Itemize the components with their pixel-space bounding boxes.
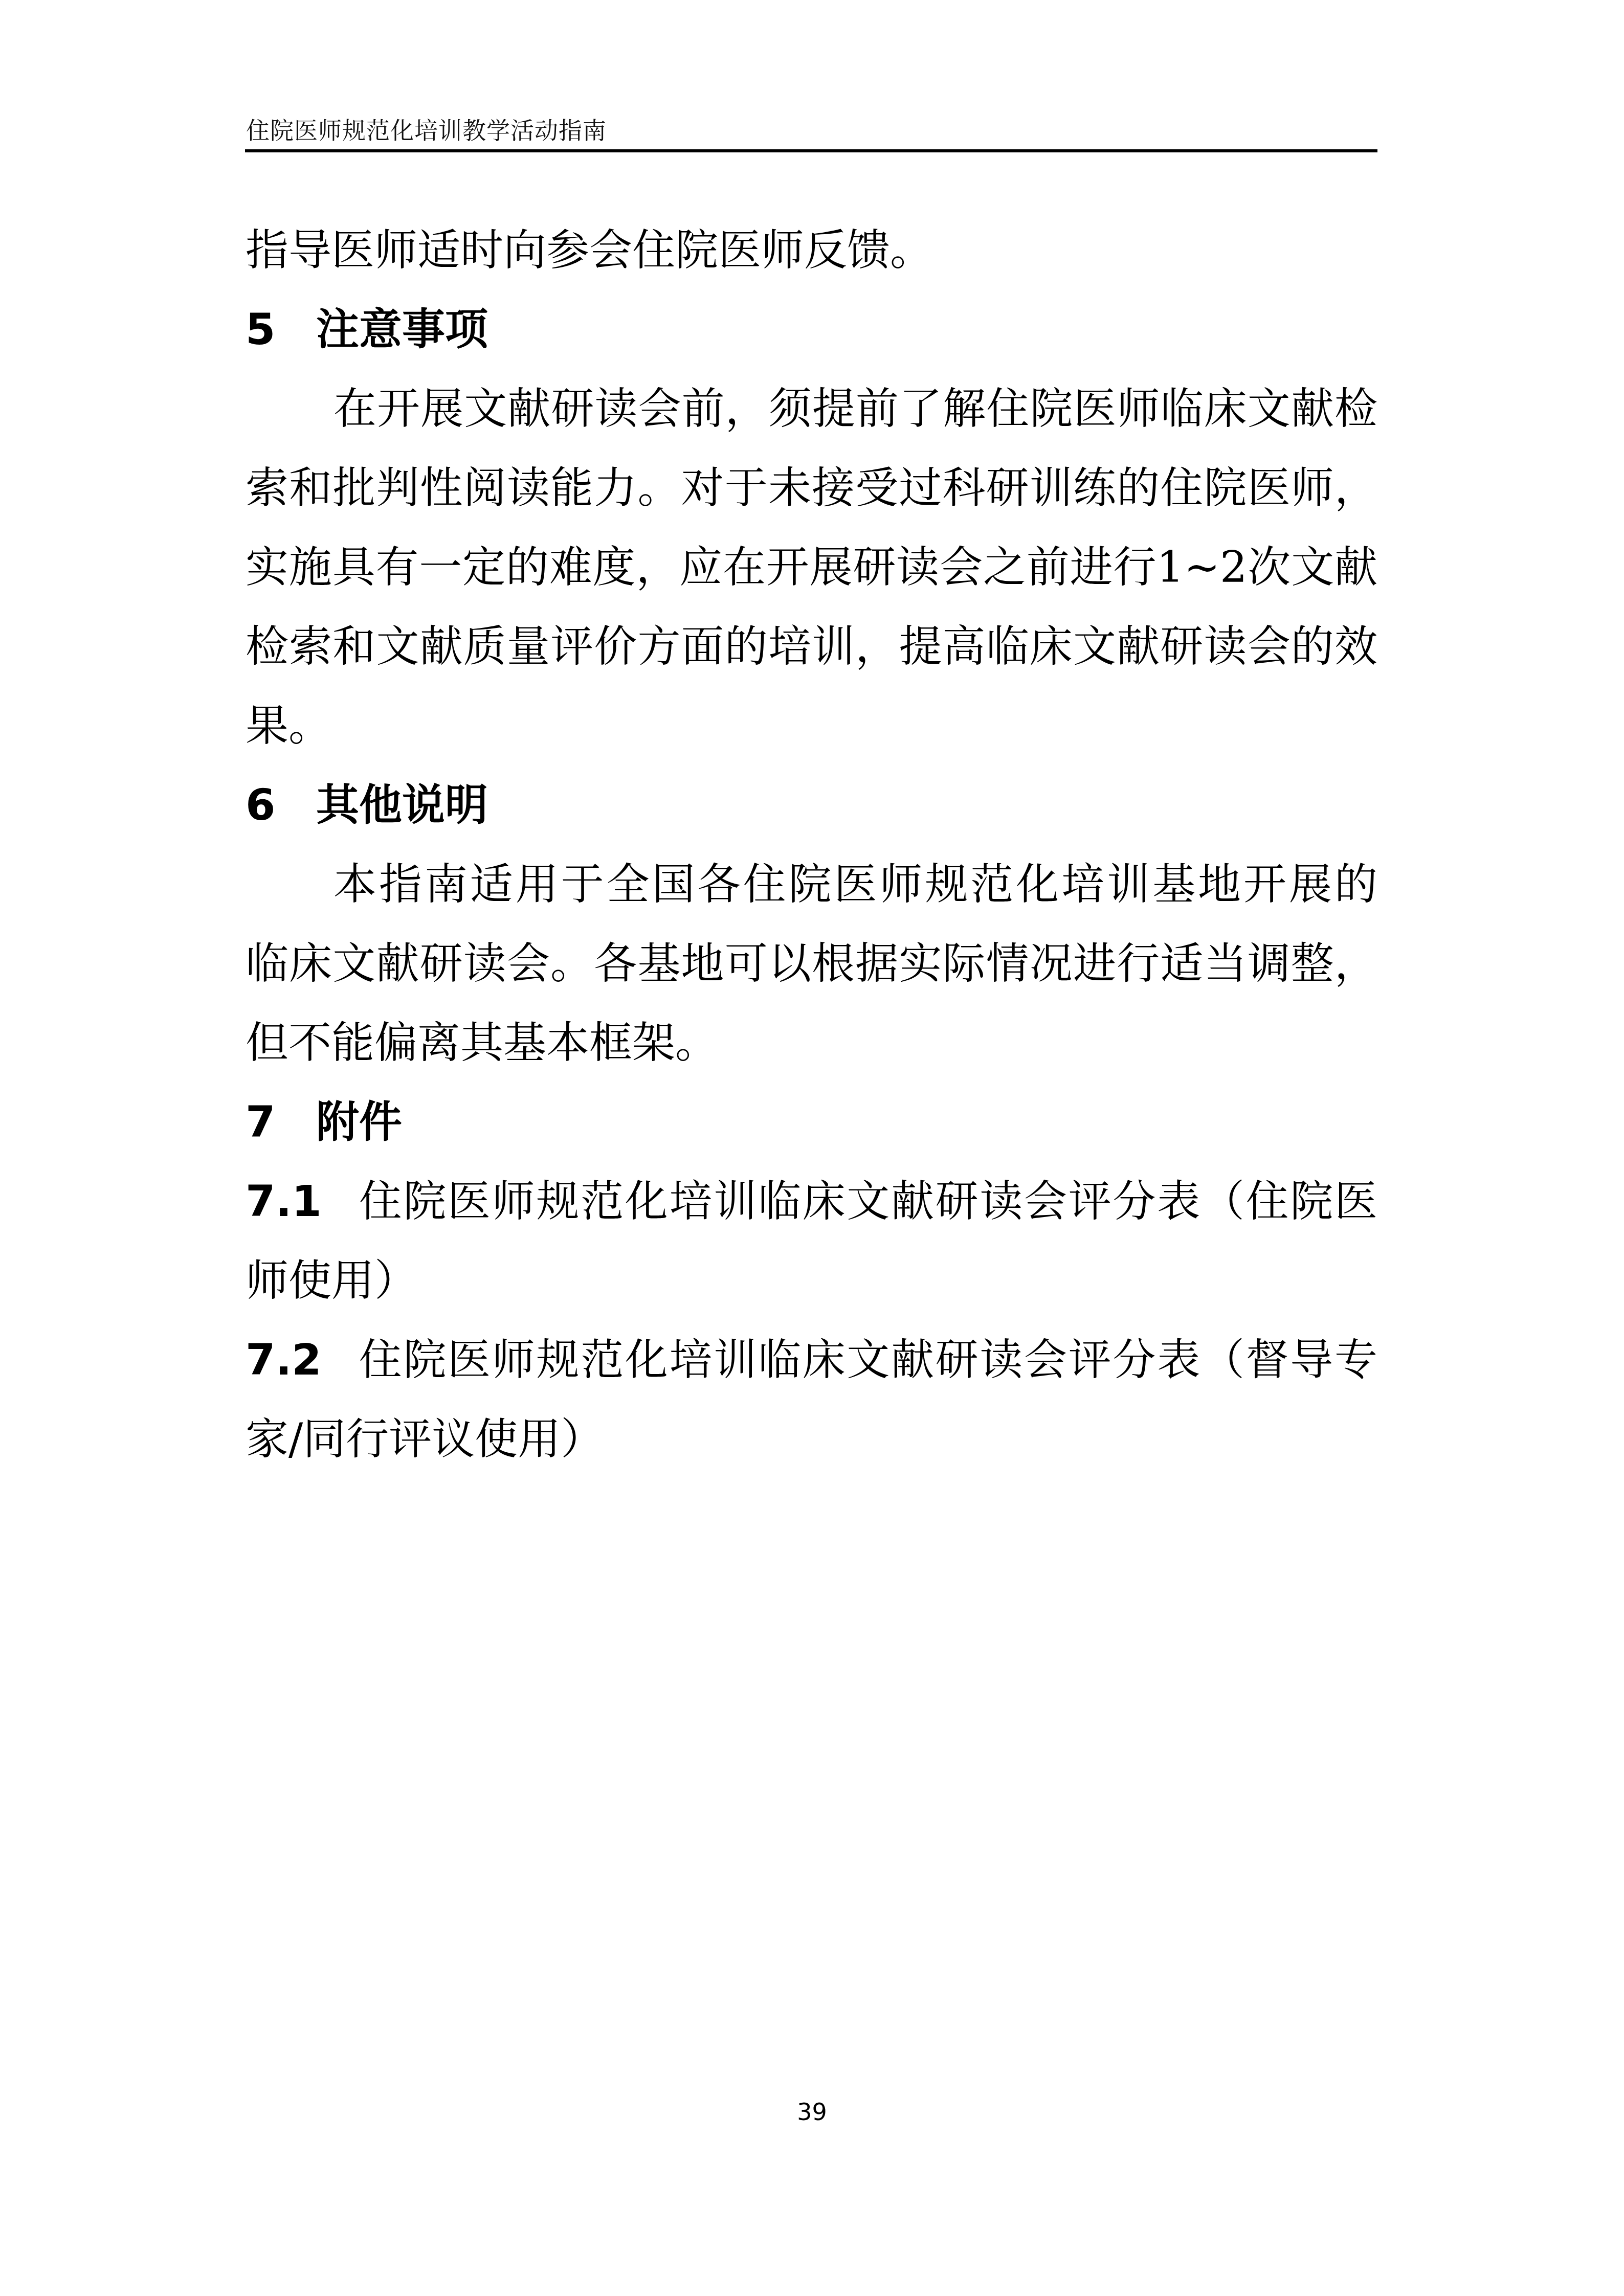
- attachment-7-2-line-1: 7.2住院医师规范化培训临床文献研读会评分表（督导专: [246, 1320, 1377, 1400]
- attachment-7-2-line-2: 家/同行评议使用）: [246, 1400, 1377, 1479]
- page-footer: 39: [0, 2097, 1624, 2127]
- section-7-title: 附件: [316, 1097, 402, 1147]
- intro-line: 指导医师适时向参会住院医师反馈。: [246, 211, 1377, 290]
- section-6-number: 6: [246, 766, 316, 845]
- section-7-heading: 7附件: [246, 1083, 1377, 1162]
- section-6-heading: 6其他说明: [246, 766, 1377, 845]
- section-7-number: 7: [246, 1083, 316, 1162]
- section-5-title: 注意事项: [316, 304, 488, 354]
- attachment-7-2-number: 7.2: [246, 1320, 358, 1400]
- document-page: 住院医师规范化培训教学活动指南 指导医师适时向参会住院医师反馈。 5注意事项 在…: [0, 0, 1624, 2296]
- section-5-paragraph-line: 果。: [246, 686, 1377, 766]
- attachment-7-2-text: 住院医师规范化培训临床文献研读会评分表（督导专: [358, 1335, 1377, 1385]
- section-5-paragraph-line: 检索和文献质量评价方面的培训，提高临床文献研读会的效: [246, 607, 1377, 686]
- attachment-7-1-line-1: 7.1住院医师规范化培训临床文献研读会评分表（住院医: [246, 1162, 1377, 1241]
- section-5-number: 5: [246, 290, 316, 369]
- header-title: 住院医师规范化培训教学活动指南: [246, 116, 607, 145]
- section-5-heading: 5注意事项: [246, 290, 1377, 369]
- header-rule: [245, 149, 1377, 152]
- section-6-title: 其他说明: [316, 780, 488, 830]
- attachment-7-1-number: 7.1: [246, 1162, 358, 1241]
- section-5-paragraph-line: 实施具有一定的难度，应在开展研读会之前进行1~2次文献: [246, 528, 1377, 607]
- page-body: 指导医师适时向参会住院医师反馈。 5注意事项 在开展文献研读会前，须提前了解住院…: [246, 211, 1377, 1479]
- section-6-paragraph-line: 但不能偏离其基本框架。: [246, 1003, 1377, 1083]
- section-5-paragraph-line: 在开展文献研读会前，须提前了解住院医师临床文献检: [246, 369, 1377, 448]
- section-6-paragraph-line: 临床文献研读会。各基地可以根据实际情况进行适当调整，: [246, 924, 1377, 1003]
- section-6-paragraph-line: 本指南适用于全国各住院医师规范化培训基地开展的: [246, 845, 1377, 924]
- attachment-7-1-line-2: 师使用）: [246, 1241, 1377, 1320]
- page-number: 39: [797, 2098, 827, 2126]
- section-5-paragraph-line: 索和批判性阅读能力。对于未接受过科研训练的住院医师，: [246, 448, 1377, 528]
- attachment-7-1-text: 住院医师规范化培训临床文献研读会评分表（住院医: [358, 1176, 1377, 1226]
